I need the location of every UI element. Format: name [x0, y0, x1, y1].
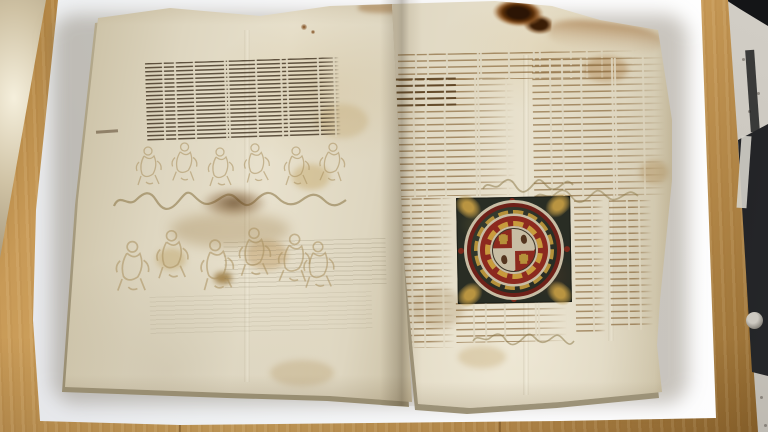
- cursive-entry: [480, 176, 576, 198]
- red-ornament: [458, 248, 464, 254]
- burn-spot: [301, 24, 307, 30]
- cursive-entry: [532, 186, 644, 208]
- gold-ornament: [542, 189, 575, 221]
- text-column-right: [532, 57, 671, 197]
- figure-sketches-bottom: [114, 212, 340, 292]
- manuscript-page-right: [388, 0, 678, 415]
- stain: [246, 240, 288, 270]
- red-ornament: [509, 198, 515, 204]
- gold-ornament: [543, 277, 576, 309]
- fold-crease: [244, 30, 250, 382]
- seal-red-band: [479, 215, 548, 284]
- stain: [214, 272, 232, 284]
- stain: [270, 360, 334, 386]
- gold-ornament: [452, 191, 485, 223]
- lion-emblem: [520, 234, 528, 244]
- stain: [316, 104, 368, 138]
- red-ornament: [564, 246, 570, 252]
- stain: [292, 164, 330, 190]
- margin-note: [96, 129, 118, 134]
- seal-dark-band: [470, 206, 557, 293]
- floor-speckle: [764, 424, 767, 427]
- floor-speckle: [760, 396, 763, 399]
- text-column-beside-seal: [574, 200, 607, 333]
- burn-mark: [489, 0, 553, 36]
- fold-crease: [608, 196, 614, 341]
- ruled-lines: [150, 291, 373, 335]
- seal-cream-ring: [477, 213, 551, 287]
- royal-wheel-seal: [456, 196, 572, 304]
- seal-outer-ring: [463, 199, 565, 301]
- seal-gold-inscription-inner: [484, 220, 543, 279]
- ink-stain: [200, 188, 268, 218]
- ruled-lines: [223, 238, 386, 288]
- gutter-shadow: [380, 0, 422, 406]
- figure-sketches-top: [134, 138, 350, 192]
- text-below-seal: [456, 301, 573, 343]
- manuscript-page-left: [60, 0, 420, 412]
- cursive-entry: [470, 330, 576, 350]
- metal-foot: [746, 312, 763, 329]
- floor-speckle: [757, 92, 760, 95]
- stain: [458, 346, 506, 368]
- dense-text-block: [145, 57, 341, 143]
- arms-cross: [512, 229, 516, 270]
- stain: [584, 56, 628, 82]
- manuscript-photograph: [0, 0, 768, 432]
- red-ornament: [511, 296, 517, 302]
- castle-emblem: [500, 236, 507, 244]
- castle-emblem: [520, 256, 527, 264]
- fold-crease: [523, 55, 529, 395]
- burn-spot: [311, 30, 315, 34]
- seal-gold-inscription-outer: [473, 209, 554, 290]
- gold-ornament: [453, 279, 486, 311]
- floor-speckle: [742, 58, 745, 61]
- stain: [640, 160, 668, 184]
- stain: [170, 212, 290, 248]
- seal-inner-ring: [490, 226, 539, 275]
- arms-cross: [493, 248, 534, 252]
- lion-emblem: [500, 255, 508, 265]
- large-script-line: [110, 190, 352, 216]
- text-column-far-right: [609, 200, 655, 331]
- stain: [156, 248, 186, 270]
- quartered-arms: [492, 228, 537, 273]
- text-lines-top: [398, 50, 648, 81]
- seal-maroon-ring: [466, 202, 562, 298]
